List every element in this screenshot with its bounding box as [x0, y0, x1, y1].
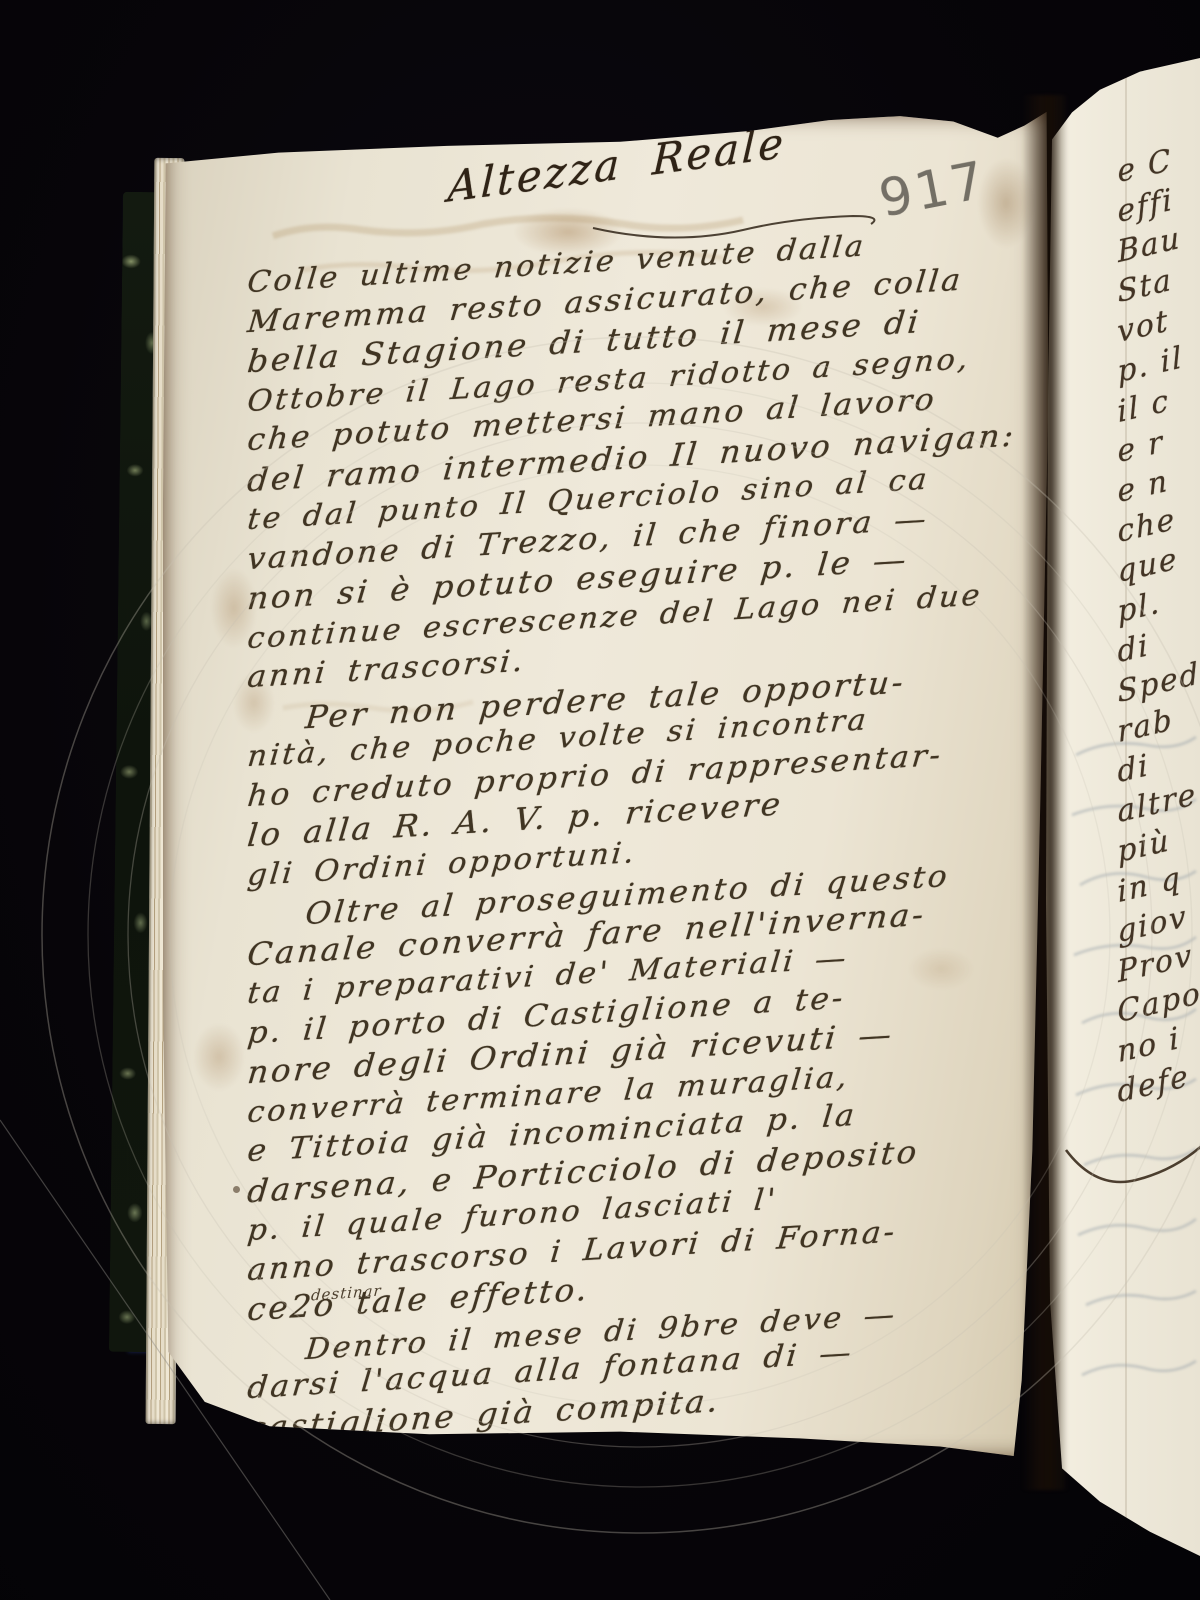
facing-page-line-fragment: pl. — [1116, 585, 1162, 630]
right-page: e CeffiBauStavotp. ilil ce re nchequepl.… — [1046, 55, 1200, 1565]
manuscript-photo: Altezza Reale 917 Colle ultime notizie v… — [0, 0, 1200, 1600]
facing-page-line-fragment: di — [1116, 628, 1151, 671]
facing-page-line-fragment: e r — [1116, 424, 1166, 470]
left-page: Altezza Reale 917 Colle ultime notizie v… — [163, 108, 1051, 1460]
facing-page-line-fragment: di — [1116, 748, 1151, 791]
